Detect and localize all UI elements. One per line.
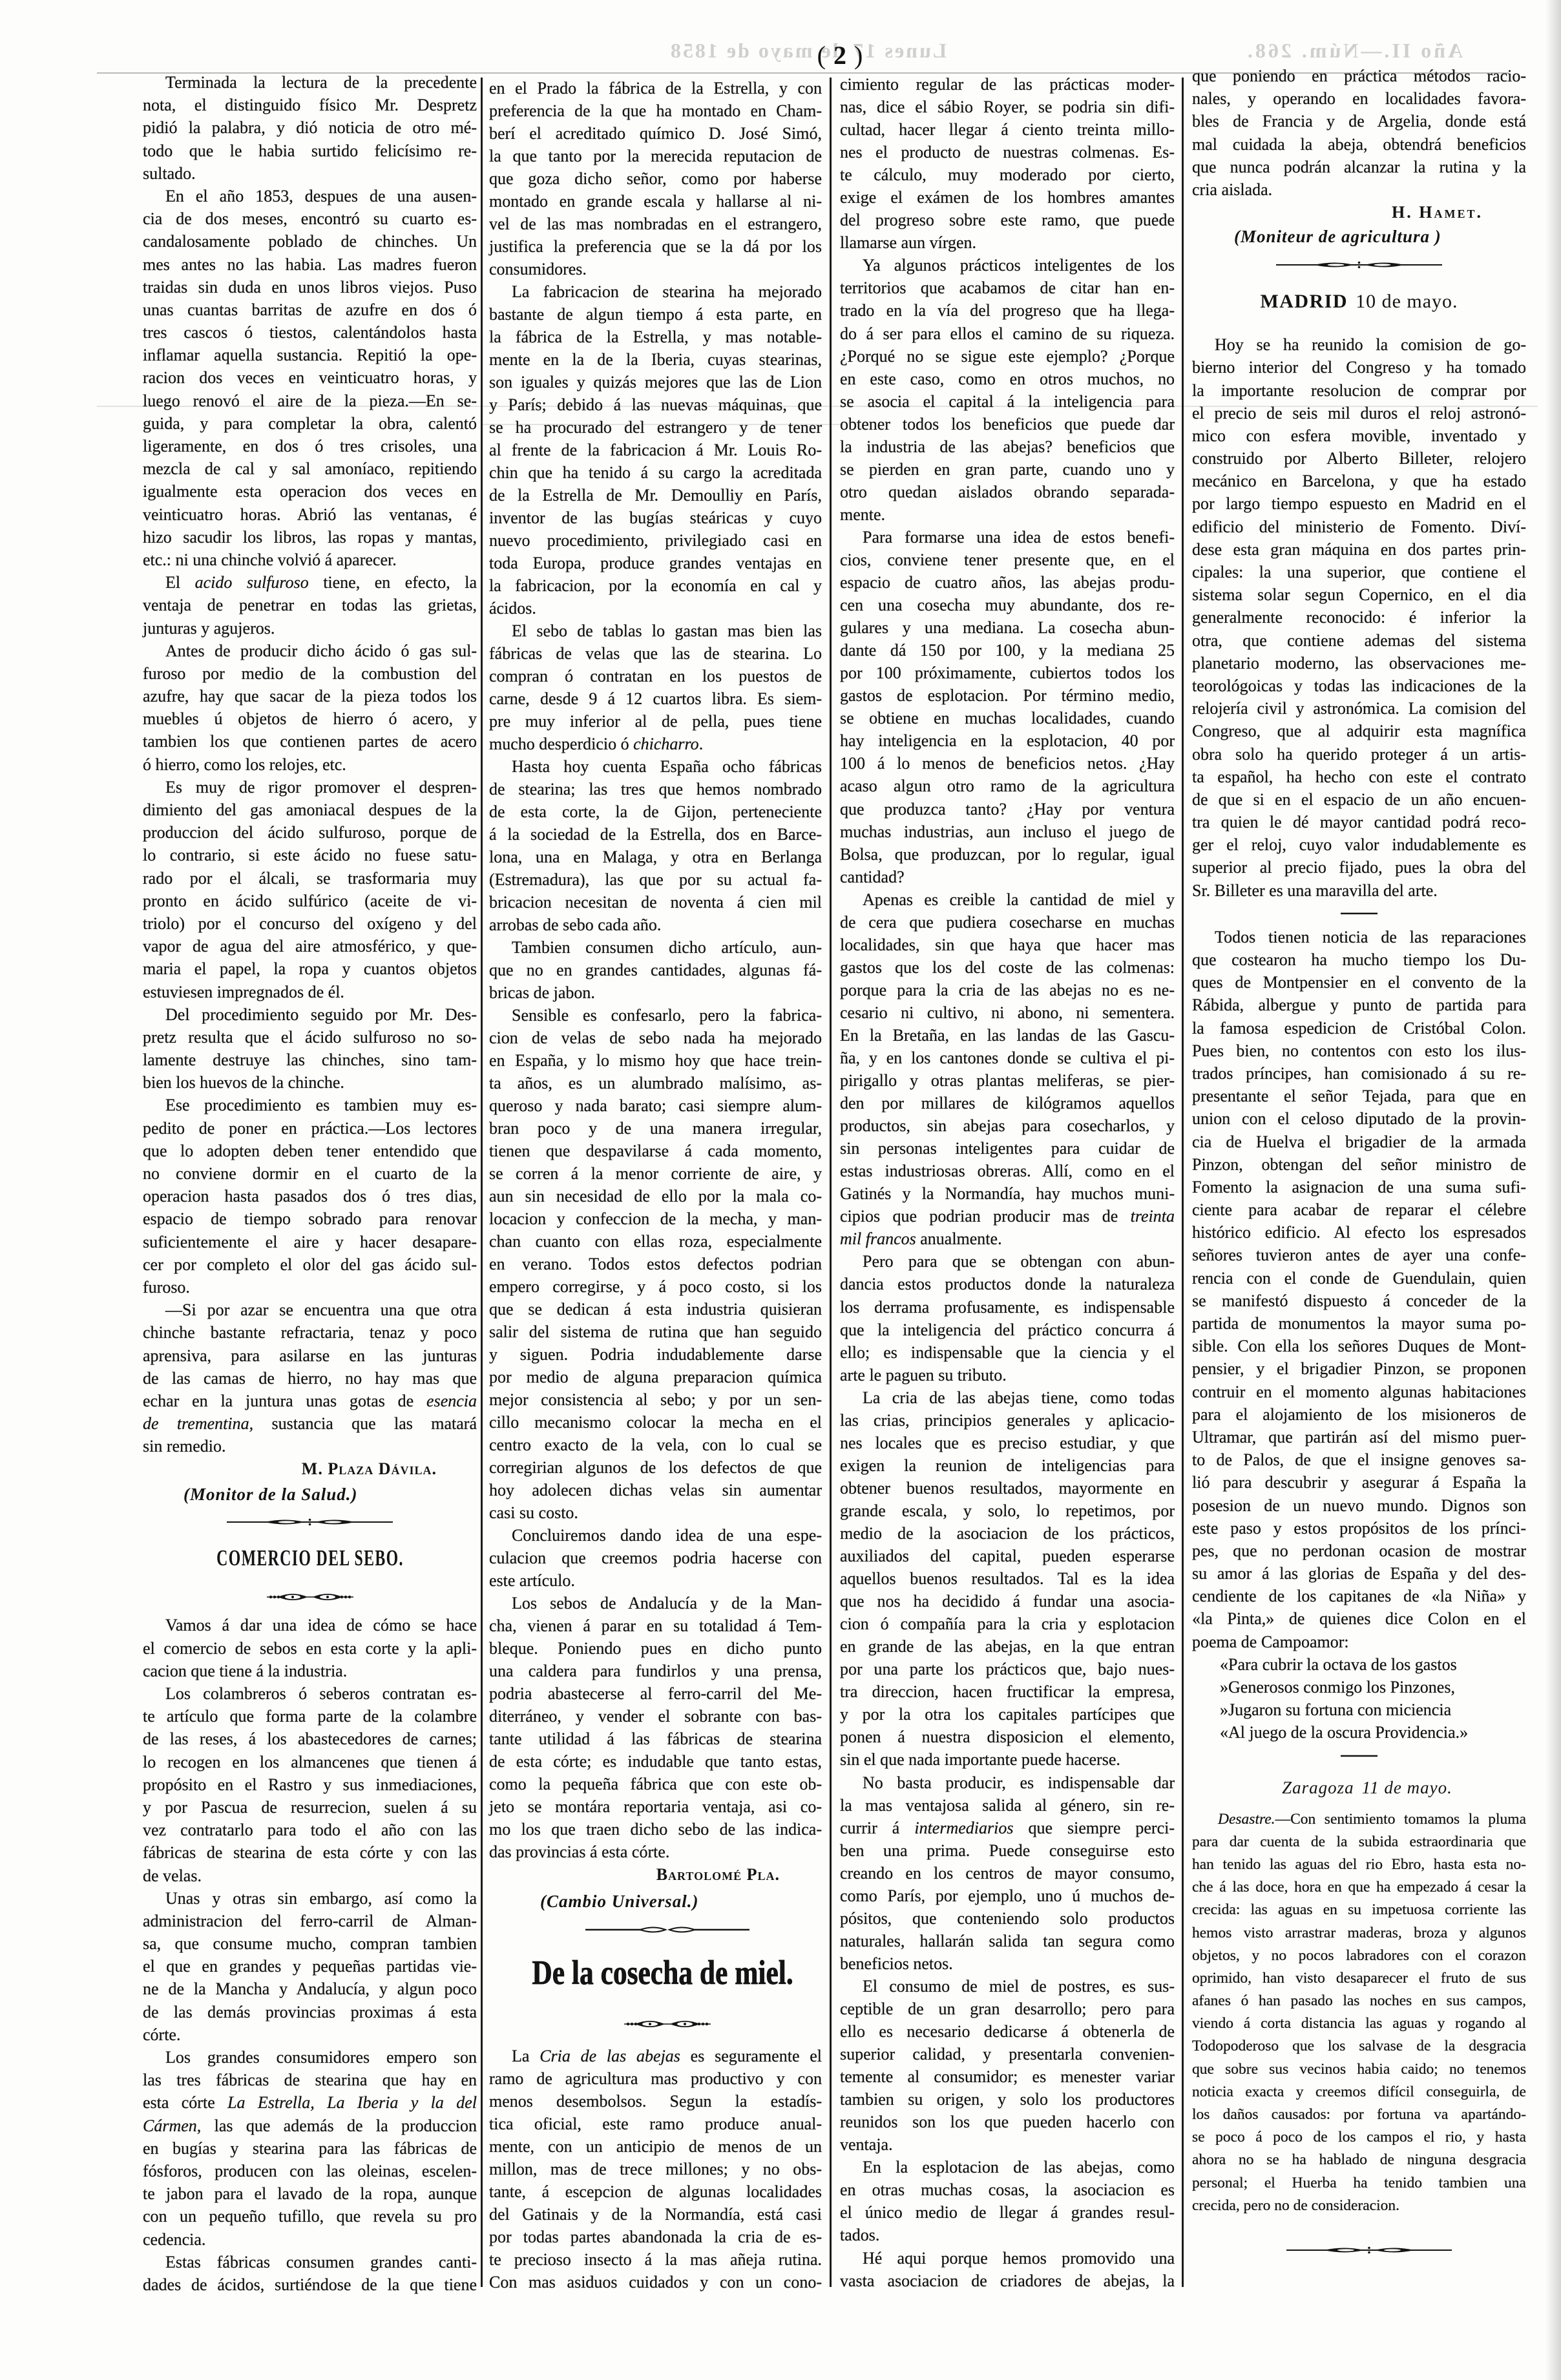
- ornament-glyph: [1276, 260, 1442, 270]
- text-line: etc.: ni una chinche volvió á aparecer.: [143, 548, 477, 571]
- text-line: pronto en ácido sulfúrico (aceite de vi-: [143, 890, 477, 912]
- italic-text-run: mil francos: [840, 1229, 916, 1248]
- text-line: millon, mas de trece millones; y no obs-: [489, 2158, 822, 2180]
- fleuron-rule-icon: [143, 1508, 477, 1536]
- text-line: do á ser para ellos el camino de su riqu…: [840, 322, 1175, 345]
- text-line: por todas partes abandonada la cria de e…: [489, 2226, 822, 2248]
- text-line: Los sebos de Andalucía y de la Man-: [489, 1592, 822, 1614]
- italic-text-run: de trementina,: [143, 1414, 253, 1433]
- text-line: los daños causados: por fortuna va apart…: [1192, 2103, 1526, 2126]
- text-line: histórico edificio. Al efecto los espres…: [1192, 1221, 1526, 1244]
- text-line: Sr. Billeter es una maravilla del arte.: [1192, 879, 1526, 902]
- text-line: como París, por ejemplo, uno ú muchos de…: [840, 1884, 1175, 1907]
- text-line: nes el producto de nuestras colmenas. Es…: [840, 141, 1175, 163]
- text-line: montado en grande escala y hallarse al n…: [489, 190, 822, 213]
- text-line: Antes de producir dicho ácido ó gas sul-: [143, 640, 477, 662]
- text-line: ventaja.: [840, 2133, 1175, 2156]
- text-line: Ultramar, que partirán así del mismo pue…: [1192, 1426, 1526, 1448]
- text-line: que produzca tanto? ¿Hay por ventura: [840, 798, 1175, 820]
- text-line: traidas sin duda en unos libros viejos. …: [143, 276, 477, 298]
- text-line: mucho desperdicio ó chicharro.: [489, 733, 822, 755]
- text-line: luego renovó el aire de la pieza.—En se-: [143, 390, 477, 412]
- text-line: el único medio de llegar á grandes resul…: [840, 2201, 1175, 2224]
- text-line: superior al precio fijado, pues la obra …: [1192, 856, 1526, 879]
- text-line: centro exacto de la vela, con lo cual se: [489, 1434, 822, 1456]
- text-line: Vamos á dar una idea de cómo se hace: [143, 1614, 477, 1636]
- text-line: territorios que acabamos de citar han en…: [840, 277, 1175, 299]
- text-line: das provincias á esta córte.: [489, 1841, 822, 1863]
- paragraph: Hé aqui porque hemos promovido unavasta …: [840, 2247, 1175, 2292]
- ornament-glyph: [227, 1517, 393, 1527]
- text-line: ácidos.: [489, 597, 822, 620]
- text-line: temente al consumidor; es menester varia…: [840, 2065, 1175, 2088]
- text-line: Con mas asiduos cuidados y con un cono-: [489, 2271, 822, 2293]
- text-line: justifica la preferencia que se la dá po…: [489, 235, 822, 258]
- text-line: la industria de las abejas? beneficios q…: [840, 435, 1175, 458]
- text-line: bran poco y de una manera irregular,: [489, 1117, 822, 1140]
- text-run: mucho desperdicio ó: [489, 735, 633, 753]
- italic-text-run: Cria de las abejas: [540, 2047, 680, 2065]
- text-line: propósito en el Rastro y sus inmediacion…: [143, 1773, 477, 1796]
- text-line: Cármen, las que además de la produccion: [143, 2114, 477, 2137]
- text-line: mo los que traen dicho sebo de las indic…: [489, 1818, 822, 1841]
- text-run: —Con sentimiento tomamos la pluma: [1275, 1811, 1526, 1828]
- text-line: mico con esfera movible, inventado y: [1192, 424, 1526, 447]
- text-line: maria el papel, la ropa y cuantos objeto…: [143, 957, 477, 980]
- text-line: su amor á las glorias de España y del de…: [1192, 1562, 1526, 1585]
- text-line: triolo) por el concurso del oxígeno y de…: [143, 912, 477, 935]
- text-line: todo que le habia surtido felicísimo re-: [143, 140, 477, 162]
- text-line: á la sociedad de la Estrella, dos en Bar…: [489, 823, 822, 846]
- text-line: en verano. Todos estos defectos podrian: [489, 1253, 822, 1275]
- text-line: Fomento la asignacion de una suma sufi-: [1192, 1176, 1526, 1198]
- text-line: locacion y confeccion de la mecha, y man…: [489, 1207, 822, 1230]
- text-line: se corren á la menor corriente de aire, …: [489, 1162, 822, 1185]
- text-line: El acido sulfuroso tiene, en efecto, la: [143, 571, 477, 594]
- text-line: cimiento regular de las prácticas moder-: [840, 73, 1175, 96]
- text-line: to de Palos, de que el insigne genoves s…: [1192, 1448, 1526, 1471]
- text-line: que la inteligencia del práctico concurr…: [840, 1319, 1175, 1341]
- text-line: bricas de jabon.: [489, 981, 822, 1004]
- text-line: que no en grandes cantidades, algunas fá…: [489, 959, 822, 981]
- text-line: ta años, es un alumbrado malísimo, as-: [489, 1072, 822, 1094]
- column-rule: [1182, 78, 1184, 2287]
- text-line: al frente de la fabricacion á Mr. Louis …: [489, 439, 822, 461]
- poem-verses: «Para cubrir la octava de los gastos»Gen…: [1192, 1653, 1526, 1744]
- text-line: preferencia de la que ha montado en Cham…: [489, 99, 822, 122]
- text-line: ta español, ha hecho con este el contrat…: [1192, 766, 1526, 788]
- text-line: aun sin necesidad de ello por la mala co…: [489, 1185, 822, 1207]
- text-line: lo contrario, si este ácido no fuese sat…: [143, 844, 477, 866]
- text-line: afanes ó han pasado las noches en sus ca…: [1192, 1990, 1526, 2012]
- text-line: unas cuantas barritas de azufre en dos ó: [143, 298, 477, 321]
- text-line: Rábida, albergue y punto de partida para: [1192, 994, 1526, 1016]
- text-line: objetos, y no pocos labradores con el co…: [1192, 1945, 1526, 1967]
- text-line: En la esplotacion de las abejas, como: [840, 2156, 1175, 2178]
- text-line: estuviesen impregnados de él.: [143, 981, 477, 1003]
- bleed-through-header-issue: Año II.—Núm. 268.: [1223, 37, 1485, 63]
- text-run: .: [699, 735, 704, 753]
- text-line: obtener todos los beneficios que puede d…: [840, 413, 1175, 435]
- text-line: Todos tienen noticia de las reparaciones: [1192, 926, 1526, 948]
- text-line: bricacion necesitan de noventa á cien mi…: [489, 891, 822, 913]
- text-run: El: [165, 573, 195, 592]
- italic-text-run: chicharro: [633, 735, 699, 753]
- text-line: cultad, hacer llegar á ciento treinta mi…: [840, 118, 1175, 141]
- ornament-glyph: [1341, 912, 1378, 915]
- text-line: Del procedimiento seguido por Mr. Des-: [143, 1003, 477, 1026]
- text-line: las tres fábricas de stearina que hay en: [143, 2069, 477, 2091]
- text-line: son iguales y quizás mejores que las de …: [489, 371, 822, 393]
- text-line: mejor consistencia al sebo; y por un sen…: [489, 1388, 822, 1411]
- paragraph: No basta producir, es indispensable darl…: [840, 1771, 1175, 1975]
- text-line: aquellos buenos resultados. Tal es la id…: [840, 1567, 1175, 1590]
- text-line: del Gatinais y de la Normandía, está cas…: [489, 2203, 822, 2226]
- text-line: Es muy de rigor promover el despren-: [143, 776, 477, 799]
- text-line: arrobas de sebo cada año.: [489, 913, 822, 936]
- text-run: tiene, en efecto, la: [309, 573, 477, 592]
- text-run: esta córte: [143, 2093, 227, 2112]
- text-run: currir á: [840, 1819, 914, 1837]
- text-line: exige el exámen de los hombres amantes: [840, 186, 1175, 209]
- text-line: ¿Porqué no se sigue este ejemplo? ¿Porqu…: [840, 345, 1175, 368]
- text-line: arte le paguen su tributo.: [840, 1364, 1175, 1386]
- text-line: Congreso, que al adquirir esta magnífica: [1192, 720, 1526, 742]
- text-line: muebles ú objetos de hierro ó acero, y: [143, 707, 477, 730]
- paragraph: Es muy de rigor promover el despren-dimi…: [143, 776, 477, 1003]
- paragraph: Vamos á dar una idea de cómo se haceel c…: [143, 1614, 477, 1682]
- text-line: den por millares de kilógramos aquellos: [840, 1092, 1175, 1114]
- text-line: mente, con un anticipio de menos de un: [489, 2135, 822, 2158]
- text-line: planetario moderno, las observaciones me…: [1192, 652, 1526, 674]
- text-line: nales, y operando en localidades favora-: [1192, 87, 1526, 110]
- text-line: de que si en el espacio de un año encuen…: [1192, 788, 1526, 811]
- text-line: con un pequeño tufillo, que revela su pr…: [143, 2205, 477, 2228]
- text-line: sible. Con ella los señores Duques de Mo…: [1192, 1335, 1526, 1357]
- text-line: mente en la de la Iberia, cuyas stearina…: [489, 348, 822, 371]
- text-line: dese esta gran máquina en dos partes pri…: [1192, 538, 1526, 561]
- text-line: fósforos, producen con las oleinas, esce…: [143, 2160, 477, 2182]
- text-line: en otras muchas cosas, la asociacion es: [840, 2178, 1175, 2201]
- text-line: rencia con el conde de Guendulain, quien: [1192, 1267, 1526, 1289]
- text-line: cipales: la una superior, que contiene e…: [1192, 561, 1526, 583]
- italic-text-run: intermediarios: [914, 1819, 1013, 1837]
- text-line: Sensible es confesarlo, pero la fabrica-: [489, 1004, 822, 1027]
- text-line: mil francos anualmente.: [840, 1227, 1175, 1250]
- text-line: tres cascos ó tiestos, calentándolos has…: [143, 321, 477, 344]
- text-line: en España, y lo mismo hoy que hace trein…: [489, 1049, 822, 1072]
- paragraph: que poniendo en práctica métodos racio-n…: [1192, 65, 1526, 201]
- text-line: llamarse aun vírgen.: [840, 231, 1175, 254]
- text-line: crecida: las aguas en su impetuosa corri…: [1192, 1899, 1526, 1921]
- text-line: cia de Huelva el brigadier de la armada: [1192, 1131, 1526, 1153]
- text-line: vapor de agua del aire atmosférico, y qu…: [143, 935, 477, 957]
- text-line: te cálculo, muy moderado por cierto,: [840, 163, 1175, 186]
- text-line: se poco á poco de los campos el rio, y h…: [1192, 2126, 1526, 2149]
- text-line: partida de monumentos la mayor suma po-: [1192, 1312, 1526, 1335]
- paragraph: Todos tienen noticia de las reparaciones…: [1192, 926, 1526, 1653]
- dateline-date: 11 de mayo.: [1362, 1778, 1452, 1798]
- text-line: te artículo que forma parte de la colamb…: [143, 1705, 477, 1728]
- text-line: hoy adolecen dichas velas sin aumentar: [489, 1479, 822, 1501]
- text-line: En la Bretaña, en las landas de las Gasc…: [840, 1024, 1175, 1047]
- text-line: que poniendo en práctica métodos racio-: [1192, 65, 1526, 87]
- paragraph: La cria de las abejas tiene, como todasl…: [840, 1386, 1175, 1771]
- text-line: cios, conviene tener presente que, en el: [840, 548, 1175, 571]
- text-line: Pinzon, obtengan del señor ministro de: [1192, 1153, 1526, 1176]
- text-line: dades de ácidos, surtiéndose de la que t…: [143, 2273, 477, 2296]
- column-2: en el Prado la fábrica de la Estrella, y…: [489, 77, 822, 2293]
- text-line: productos, sin abejas para cosecharlos, …: [840, 1114, 1175, 1137]
- text-line: otro quedan aislados obrando separada-: [840, 481, 1175, 503]
- text-line: espacio de tiempo sobrado para renovar: [143, 1207, 477, 1230]
- text-line: cen una cosecha muy abundante, dos re-: [840, 594, 1175, 616]
- text-line: que sobre sus vecinos habia caido; no te…: [1192, 2058, 1526, 2081]
- verse-line: «Al juego de la oscura Providencia.»: [1192, 1721, 1526, 1744]
- italic-text-run: Desastre.: [1218, 1811, 1275, 1828]
- text-line: muchas industrias, aun incluso el juego …: [840, 820, 1175, 843]
- text-line: de cera que pudiera cosecharse en muchas: [840, 911, 1175, 934]
- text-line: gastos de esplotacion. Por término medio…: [840, 684, 1175, 707]
- text-line: acaso algun otro ramo de la agricultura: [840, 775, 1175, 797]
- text-line: salir del sistema de rutina que han segu…: [489, 1320, 822, 1343]
- text-line: La cria de las abejas tiene, como todas: [840, 1386, 1175, 1409]
- column-1: Terminada la lectura de la precedentenot…: [143, 71, 477, 2296]
- text-line: tambien su origen, y solo los productore…: [840, 2088, 1175, 2111]
- text-line: queroso y nada barato; casi siempre alum…: [489, 1094, 822, 1117]
- text-line: que nunca podrán alcanzar la rutina y la: [1192, 156, 1526, 178]
- paragraph: El sebo de tablas lo gastan mas bien las…: [489, 620, 822, 755]
- text-line: diterráneo, y vender el sobrante con bas…: [489, 1705, 822, 1728]
- text-line: cesario ni cultivo, ni abono, ni semente…: [840, 1001, 1175, 1024]
- text-line: de esta córte; es indudable que tanto es…: [489, 1750, 822, 1773]
- text-line: ramo de agricultura mas productivo y con: [489, 2067, 822, 2090]
- column-rule: [830, 78, 832, 2287]
- text-line: el comercio de sebos en esta corte y la …: [143, 1637, 477, 1660]
- text-line: ña, y en los cantones donde se cultiva e…: [840, 1047, 1175, 1069]
- text-line: «la Pinta,» de quienes dice Colon en el: [1192, 1607, 1526, 1630]
- text-line: ventaja de penetrar en todas las grietas…: [143, 594, 477, 616]
- text-line: medio de la asociacion de los prácticos,: [840, 1522, 1175, 1545]
- text-line: este artículo.: [489, 1569, 822, 1592]
- text-line: cion de velas de sebo nada ha mejorado: [489, 1027, 822, 1049]
- text-line: nota, el distinguido físico Mr. Despretz: [143, 94, 477, 116]
- ornament-glyph: [267, 1591, 353, 1603]
- short-rule-icon: [1192, 1744, 1526, 1768]
- text-line: cia de dos meses, encontró su cuarto es-: [143, 207, 477, 230]
- text-line: reunidos son los que pueden hacerlo con: [840, 2111, 1175, 2133]
- text-line: se manifestó dispuesto á conceder de la: [1192, 1289, 1526, 1312]
- italic-text-run: Cármen,: [143, 2116, 201, 2135]
- fleuron-rule-icon: [1192, 2234, 1526, 2266]
- text-line: suficientemente el aire y hacer desapare…: [143, 1231, 477, 1253]
- text-line: lo recogen en los almancenes que tienen …: [143, 1751, 477, 1773]
- paragraph: Unas y otras sin embargo, así como laadm…: [143, 1887, 477, 2046]
- paragraph: Ese procedimiento es tambien muy es-pedi…: [143, 1094, 477, 1299]
- text-line: tra quien le dé mayor cantidad podrá rec…: [1192, 811, 1526, 833]
- text-line: personal; el Huerba ha tenido tambien un…: [1192, 2172, 1526, 2195]
- text-line: sin remedio.: [143, 1435, 477, 1457]
- text-line: en grande de las abejas, en la que entra…: [840, 1635, 1175, 1658]
- text-line: de trementina, sustancia que las matará: [143, 1412, 477, 1435]
- text-line: furoso por medio de la combustion del: [143, 662, 477, 685]
- text-line: ello; es indispensable que la ciencia y …: [840, 1341, 1175, 1364]
- text-line: empero corregirse, y á poco costo, si lo…: [489, 1275, 822, 1298]
- text-line: Ese procedimiento es tambien muy es-: [143, 1094, 477, 1116]
- text-line: culacion que creemos podria hacerse con: [489, 1547, 822, 1569]
- text-line: pes, que no perdonan ocasion de mostrar: [1192, 1540, 1526, 1562]
- text-line: Tambien consumen dicho artículo, aun-: [489, 936, 822, 959]
- text-line: mes antes no las habia. Las madres fuero…: [143, 253, 477, 276]
- text-line: esta córte La Estrella, La Iberia y la d…: [143, 2091, 477, 2114]
- text-line: teorológoicas y todas las indicaciones d…: [1192, 674, 1526, 697]
- text-line: Pues bien, no contentos con esto los ilu…: [1192, 1039, 1526, 1062]
- text-line: y por Pascua de resurrecion, suelen á su: [143, 1796, 477, 1819]
- text-line: de velas.: [143, 1864, 477, 1887]
- text-line: podria abastecerse al ferro-carril del M…: [489, 1682, 822, 1705]
- ornament-glyph: [1341, 1754, 1378, 1758]
- paragraph: Hasta hoy cuenta España ocho fábricasde …: [489, 755, 822, 936]
- text-run: que siempre perci-: [1013, 1819, 1175, 1837]
- text-line: que goza dicho señor, como por haberse: [489, 167, 822, 190]
- text-line: veinticuatro horas. Abrió las ventanas, …: [143, 503, 477, 526]
- text-line: ligeramente, en dos ó tres crisoles, una: [143, 435, 477, 457]
- text-run: sustancia que las matará: [253, 1414, 477, 1433]
- text-line: y por la otra los capitales partícipes q…: [840, 1703, 1175, 1726]
- text-line: cha, vienen á parar en su totalidad á Te…: [489, 1614, 822, 1637]
- text-line: No basta producir, es indispensable dar: [840, 1771, 1175, 1794]
- author-signature: Bartolomé Pla.: [489, 1863, 822, 1886]
- verse-line: «Para cubrir la octava de los gastos: [1192, 1653, 1526, 1676]
- text-line: estas industriosas obreras. Allí, como e…: [840, 1160, 1175, 1182]
- text-line: Hasta hoy cuenta España ocho fábricas: [489, 755, 822, 778]
- text-line: edificio del ministerio de Fomento. Diví…: [1192, 516, 1526, 538]
- text-line: tica oficial, este ramo produce anual-: [489, 2113, 822, 2135]
- text-line: de stearina; las tres que hemos nombrado: [489, 778, 822, 800]
- text-line: chinche bastante refractaria, tenaz y po…: [143, 1321, 477, 1344]
- text-line: cria aislada.: [1192, 178, 1526, 201]
- text-line: han tenido las aguas del rio Ebro, hasta…: [1192, 1853, 1526, 1876]
- fleuron-rule-icon: [1192, 249, 1526, 281]
- text-line: —Si por azar se encuentra una que otra: [143, 1299, 477, 1321]
- text-line: viendo á corta distancia las aguas y rog…: [1192, 2012, 1526, 2035]
- text-line: que se dedican á esta industria quisiera…: [489, 1298, 822, 1320]
- text-line: construido por Alberto Billeter, relojer…: [1192, 447, 1526, 470]
- text-line: chan cuanto con ellas roza, especialment…: [489, 1230, 822, 1253]
- paragraph: Terminada la lectura de la precedentenot…: [143, 71, 477, 185]
- text-line: posesion de un nuevo mundo. Dignos son: [1192, 1494, 1526, 1517]
- ornament-glyph: [585, 1925, 749, 1934]
- text-line: trado en la vía del progreso que ha lleg…: [840, 299, 1175, 322]
- paragraph: —Si por azar se encuentra una que otrach…: [143, 1299, 477, 1457]
- leaf-fleuron-icon: [489, 2003, 822, 2045]
- text-line: tante utilidad á las fábricas de stearin…: [489, 1728, 822, 1750]
- text-line: junturas y agujeros.: [143, 617, 477, 640]
- paragraph: Apenas es creible la cantidad de miel yd…: [840, 888, 1175, 1251]
- text-line: Hoy se ha reunido la comision de go-: [1192, 333, 1526, 356]
- text-line: guida, y para completar la obra, calentó: [143, 412, 477, 435]
- text-line: nuevo procedimiento, privilegiado casi e…: [489, 529, 822, 552]
- text-line: pre muy inferior al de pella, pues tiene: [489, 710, 822, 733]
- text-line: fábricas de stearina de esta córte y con…: [143, 1841, 477, 1864]
- text-line: dante dá 150 por 100, y la mediana 25: [840, 639, 1175, 662]
- text-line: chin que ha tenido á su cargo la acredit…: [489, 461, 822, 484]
- text-line: Estas fábricas consumen grandes canti-: [143, 2251, 477, 2273]
- text-line: cion ó compañía para la cria y esplotaci…: [840, 1613, 1175, 1635]
- paragraph: La Cria de las abejas es seguramente elr…: [489, 2045, 822, 2293]
- paragraph: En el año 1853, despues de una ausen-cia…: [143, 185, 477, 571]
- text-line: pretz resulta que el ácido sulfuroso no …: [143, 1026, 477, 1049]
- text-line: (Estremadura), las que por su actual fa-: [489, 868, 822, 891]
- text-line: tienen que despavilarse á cada momento,: [489, 1140, 822, 1162]
- text-line: en el Prado la fábrica de la Estrella, y…: [489, 77, 822, 99]
- text-line: la importante resolucion de comprar por: [1192, 379, 1526, 402]
- text-line: la que tanto por la merecida reputacion …: [489, 145, 822, 167]
- text-line: produccion del ácido sulfuroso, porque d…: [143, 821, 477, 844]
- text-line: auxiliados del capital, pueden esperarse: [840, 1545, 1175, 1567]
- text-line: creando en los centros de mayor consumo,: [840, 1862, 1175, 1884]
- text-line: El sebo de tablas lo gastan mas bien las: [489, 620, 822, 642]
- text-line: de las reses, á los abastecedores de car…: [143, 1728, 477, 1750]
- column-rule: [481, 78, 483, 2287]
- text-line: bierno interior del Congreso y ha tomado: [1192, 356, 1526, 379]
- ornament-glyph: [624, 2018, 711, 2030]
- text-line: ciente para acabar de reparar el célebre: [1192, 1198, 1526, 1221]
- column-3: cimiento regular de las prácticas moder-…: [840, 73, 1175, 2292]
- paragraph: Antes de producir dicho ácido ó gas sul-…: [143, 640, 477, 776]
- text-line: nes locales que es preciso estudiar, y q…: [840, 1432, 1175, 1454]
- text-line: echar en la juntura unas gotas de esenci…: [143, 1390, 477, 1412]
- text-line: mezcla de cal y sal amoníaco, repitiendo: [143, 457, 477, 480]
- text-line: beneficios netos.: [840, 1952, 1175, 1975]
- text-line: generalmente reconocido: é inferior la: [1192, 606, 1526, 629]
- text-line: de las demás provincias proximas á esta: [143, 2001, 477, 2023]
- paragraph: Los grandes consumidores empero sonlas t…: [143, 2046, 477, 2251]
- text-line: candalosamente poblado de chinches. Un: [143, 230, 477, 253]
- text-line: señores tuvieron antes de ayer una confe…: [1192, 1244, 1526, 1266]
- text-line: Los colambreros ó seberos contratan es-: [143, 1682, 477, 1705]
- text-line: hizo sacudir los libros, las ropas y man…: [143, 526, 477, 548]
- text-line: aprensiva, para asilarse en las junturas: [143, 1344, 477, 1367]
- text-line: menos desembolsos. Segun la estadís-: [489, 2090, 822, 2113]
- dateline-date: 10 de mayo.: [1356, 291, 1458, 313]
- text-run: echar en la juntura unas gotas de: [143, 1392, 426, 1410]
- paragraph: Estas fábricas consumen grandes canti-da…: [143, 2251, 477, 2296]
- text-line: azufre, hay que sacar de la pieza todos …: [143, 685, 477, 707]
- text-run: las que además de la produccion: [201, 2116, 477, 2135]
- text-line: el que en grandes y pequeñas partidas vi…: [143, 1955, 477, 1978]
- text-line: pidió la palabra, y dió noticia de otro …: [143, 116, 477, 139]
- text-line: tra direccion, hacen fructificar la empr…: [840, 1680, 1175, 1703]
- paragraph: en el Prado la fábrica de la Estrella, y…: [489, 77, 822, 280]
- text-line: espacio de cuatro años, las abejas produ…: [840, 571, 1175, 594]
- text-line: ahora no se ha hablado de ninguna desgra…: [1192, 2149, 1526, 2171]
- text-line: de la Estrella de Mr. Demoulliy en París…: [489, 484, 822, 506]
- text-line: por medio de alguna preparacion química: [489, 1366, 822, 1388]
- scan-edge-shadow: [1545, 0, 1561, 2380]
- paragraph: Tambien consumen dicho artículo, aun-que…: [489, 936, 822, 1004]
- text-line: sin personas inteligentes para cuidar de: [840, 1137, 1175, 1160]
- text-line: para dar cuenta de la subida estraordina…: [1192, 1831, 1526, 1853]
- text-line: trados príncipes, han comisionado á su r…: [1192, 1062, 1526, 1085]
- text-line: ponen á nuestra disposicion el elemento,: [840, 1726, 1175, 1748]
- paragraph: El consumo de miel de postres, es sus-ce…: [840, 1975, 1175, 2156]
- text-line: pedito de poner en práctica.—Los lectore…: [143, 1117, 477, 1140]
- text-line: dimiento del gas amoniacal despues de la: [143, 799, 477, 821]
- text-line: por largo tiempo espuesto en Madrid en e…: [1192, 492, 1526, 515]
- paragraph: En la esplotacion de las abejas, comoen …: [840, 2156, 1175, 2246]
- source-attribution: (Moniteur de agricultura ): [1192, 224, 1526, 249]
